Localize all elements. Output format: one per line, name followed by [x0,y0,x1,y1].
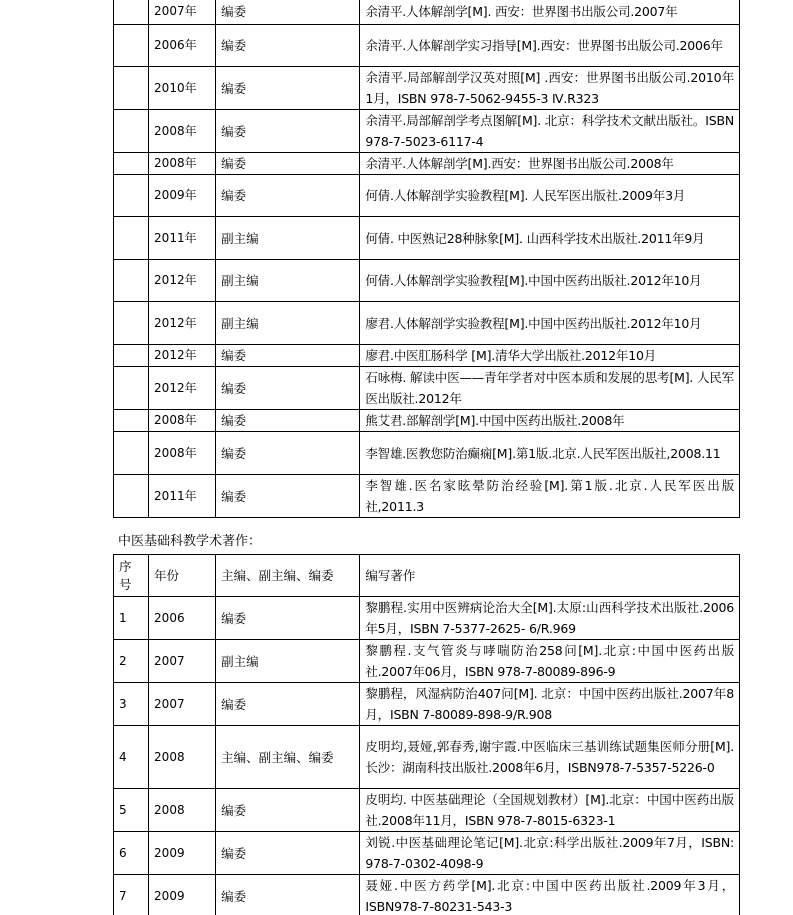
reference-cell: 黎鹏程，风湿病防治407问[M]. 北京：中国中医药出版社.2007年8月，IS… [360,683,740,726]
table-row: 2008年 编委 余清平.局部解剖学考点图解[M]. 北京：科学技术文献出版社。… [114,110,740,153]
table-row: 2006年 编委 余清平.人体解剖学实习指导[M].西安：世界图书出版公司.20… [114,25,740,67]
row-number-cell [114,110,149,153]
table-row: 2007年 编委 余清平.人体解剖学[M]. 西安：世界图书出版公司.2007年 [114,0,740,25]
reference-cell: 聂娅.中医方药学[M].北京:中国中医药出版社.2009年3月，ISBN978-… [360,875,740,915]
reference-cell: 余清平.人体解剖学[M]. 西安：世界图书出版公司.2007年 [360,0,740,25]
role-cell: 编委 [216,0,360,25]
table-row: 2 2007 副主编 黎鹏程.支气管炎与哮喘防治258问[M].北京:中国中医药… [114,640,740,683]
role-cell: 编委 [216,789,360,832]
reference-cell: 何倩.人体解剖学实验教程[M]. 人民军医出版社.2009年3月 [360,175,740,217]
year-cell: 2011年 [149,475,216,518]
role-cell: 副主编 [216,640,360,683]
year-cell: 2008年 [149,432,216,475]
bottom-table-body: 1 2006 编委 黎鹏程.实用中医辨病论治大全[M].太原:山西科学技术出版社… [114,597,740,915]
year-cell: 2009 [149,875,216,915]
role-cell: 编委 [216,110,360,153]
reference-cell: 黎鹏程.实用中医辨病论治大全[M].太原:山西科学技术出版社.2006年5月，I… [360,597,740,640]
reference-cell: 廖君.人体解剖学实验教程[M].中国中医药出版社.2012年10月 [360,302,740,345]
reference-cell: 刘锐.中医基础理论笔记[M].北京:科学出版社.2009年7月，ISBN: 97… [360,832,740,875]
reference-cell: 何倩. 中医熟记28种脉象[M]. 山西科学技术出版社.2011年9月 [360,217,740,260]
year-cell: 2009年 [149,175,216,217]
row-number-cell [114,25,149,67]
reference-cell: 黎鹏程.支气管炎与哮喘防治258问[M].北京:中国中医药出版社.2007年06… [360,640,740,683]
year-cell: 2012年 [149,345,216,367]
role-cell: 编委 [216,432,360,475]
table-row: 2012年 副主编 何倩.人体解剖学实验教程[M].中国中医药出版社.2012年… [114,260,740,302]
serial-number-cell: 2 [114,640,149,683]
role-cell: 编委 [216,683,360,726]
reference-cell: 余清平.人体解剖学[M].西安：世界图书出版公司.2008年 [360,153,740,175]
year-cell: 2010年 [149,67,216,110]
row-number-cell [114,0,149,25]
year-cell: 2009 [149,832,216,875]
table-row: 2008年 编委 熊艾君.部解剖学[M].中国中医药出版社.2008年 [114,410,740,432]
role-cell: 编委 [216,175,360,217]
role-cell: 编委 [216,25,360,67]
year-cell: 2006 [149,597,216,640]
row-number-cell [114,345,149,367]
basic-tcm-publications-table: 序号 年份 主编、副主编、编委 编写著作 1 2006 编委 黎鹏程.实用中医辨… [113,554,740,915]
role-cell: 编委 [216,67,360,110]
table-row: 7 2009 编委 聂娅.中医方药学[M].北京:中国中医药出版社.2009年3… [114,875,740,915]
top-table-body: 2007年 编委 余清平.人体解剖学[M]. 西安：世界图书出版公司.2007年… [114,0,740,518]
reference-cell: 李智雄.医教您防治癫痫[M].第1版.北京.人民军医出版社,2008.11 [360,432,740,475]
row-number-cell [114,475,149,518]
year-cell: 2012年 [149,260,216,302]
publications-table-continued: 2007年 编委 余清平.人体解剖学[M]. 西安：世界图书出版公司.2007年… [113,0,740,518]
serial-number-cell: 1 [114,597,149,640]
reference-cell: 皮明均,聂娅,郭春秀,谢宇霞.中医临床三基训练试题集医师分册[M].长沙：湖南科… [360,726,740,789]
table-row: 5 2008 编委 皮明均. 中医基础理论（全国规划教材）[M].北京：中国中医… [114,789,740,832]
serial-number-cell: 6 [114,832,149,875]
reference-cell: 余清平.人体解剖学实习指导[M].西安：世界图书出版公司.2006年 [360,25,740,67]
row-number-cell [114,175,149,217]
row-number-cell [114,302,149,345]
role-cell: 编委 [216,153,360,175]
serial-number-cell: 3 [114,683,149,726]
year-cell: 2008年 [149,110,216,153]
table-row: 2011年 编委 李智雄.医名家眩晕防治经验[M].第1版.北京.人民军医出版社… [114,475,740,518]
year-cell: 2007 [149,640,216,683]
reference-cell: 李智雄.医名家眩晕防治经验[M].第1版.北京.人民军医出版社,2011.3 [360,475,740,518]
table-row: 2012年 副主编 廖君.人体解剖学实验教程[M].中国中医药出版社.2012年… [114,302,740,345]
role-cell: 编委 [216,875,360,915]
role-cell: 副主编 [216,260,360,302]
table-row: 2011年 副主编 何倩. 中医熟记28种脉象[M]. 山西科学技术出版社.20… [114,217,740,260]
header-role: 主编、副主编、编委 [216,555,360,597]
year-cell: 2006年 [149,25,216,67]
table-row: 4 2008 主编、副主编、编委 皮明均,聂娅,郭春秀,谢宇霞.中医临床三基训练… [114,726,740,789]
serial-number-cell: 5 [114,789,149,832]
role-cell: 副主编 [216,302,360,345]
row-number-cell [114,260,149,302]
table-row: 2009年 编委 何倩.人体解剖学实验教程[M]. 人民军医出版社.2009年3… [114,175,740,217]
role-cell: 副主编 [216,217,360,260]
year-cell: 2008 [149,726,216,789]
row-number-cell [114,153,149,175]
year-cell: 2008年 [149,153,216,175]
table-row: 2012年 编委 石咏梅. 解读中医——青年学者对中医本质和发展的思考[M]. … [114,367,740,410]
table-row: 2012年 编委 廖君.中医肛肠科学 [M].清华大学出版社.2012年10月 [114,345,740,367]
year-cell: 2008 [149,789,216,832]
row-number-cell [114,367,149,410]
role-cell: 编委 [216,597,360,640]
year-cell: 2007年 [149,0,216,25]
year-cell: 2007 [149,683,216,726]
year-cell: 2012年 [149,302,216,345]
table-row: 2010年 编委 余清平.局部解剖学汉英对照[M] .西安：世界图书出版公司.2… [114,67,740,110]
table-row: 3 2007 编委 黎鹏程，风湿病防治407问[M]. 北京：中国中医药出版社.… [114,683,740,726]
section-title: 中医基础科教学术著作： [118,532,261,552]
role-cell: 编委 [216,832,360,875]
role-cell: 编委 [216,475,360,518]
table-row: 1 2006 编委 黎鹏程.实用中医辨病论治大全[M].太原:山西科学技术出版社… [114,597,740,640]
role-cell: 编委 [216,410,360,432]
table-row: 2008年 编委 李智雄.医教您防治癫痫[M].第1版.北京.人民军医出版社,2… [114,432,740,475]
row-number-cell [114,432,149,475]
header-serial-number: 序号 [114,555,149,597]
year-cell: 2011年 [149,217,216,260]
serial-number-cell: 7 [114,875,149,915]
reference-cell: 熊艾君.部解剖学[M].中国中医药出版社.2008年 [360,410,740,432]
role-cell: 编委 [216,345,360,367]
reference-cell: 余清平.局部解剖学汉英对照[M] .西安：世界图书出版公司.2010年1月，IS… [360,67,740,110]
reference-cell: 石咏梅. 解读中医——青年学者对中医本质和发展的思考[M]. 人民军医出版社.2… [360,367,740,410]
row-number-cell [114,67,149,110]
header-publication: 编写著作 [360,555,740,597]
year-cell: 2008年 [149,410,216,432]
role-cell: 主编、副主编、编委 [216,726,360,789]
reference-cell: 何倩.人体解剖学实验教程[M].中国中医药出版社.2012年10月 [360,260,740,302]
table-header: 序号 年份 主编、副主编、编委 编写著作 [114,555,740,597]
year-cell: 2012年 [149,367,216,410]
header-year: 年份 [149,555,216,597]
serial-number-cell: 4 [114,726,149,789]
header-row: 序号 年份 主编、副主编、编委 编写著作 [114,555,740,597]
row-number-cell [114,217,149,260]
reference-cell: 皮明均. 中医基础理论（全国规划教材）[M].北京：中国中医药出版社.2008年… [360,789,740,832]
table-row: 2008年 编委 余清平.人体解剖学[M].西安：世界图书出版公司.2008年 [114,153,740,175]
row-number-cell [114,410,149,432]
reference-cell: 余清平.局部解剖学考点图解[M]. 北京：科学技术文献出版社。ISBN 978-… [360,110,740,153]
table-row: 6 2009 编委 刘锐.中医基础理论笔记[M].北京:科学出版社.2009年7… [114,832,740,875]
role-cell: 编委 [216,367,360,410]
reference-cell: 廖君.中医肛肠科学 [M].清华大学出版社.2012年10月 [360,345,740,367]
